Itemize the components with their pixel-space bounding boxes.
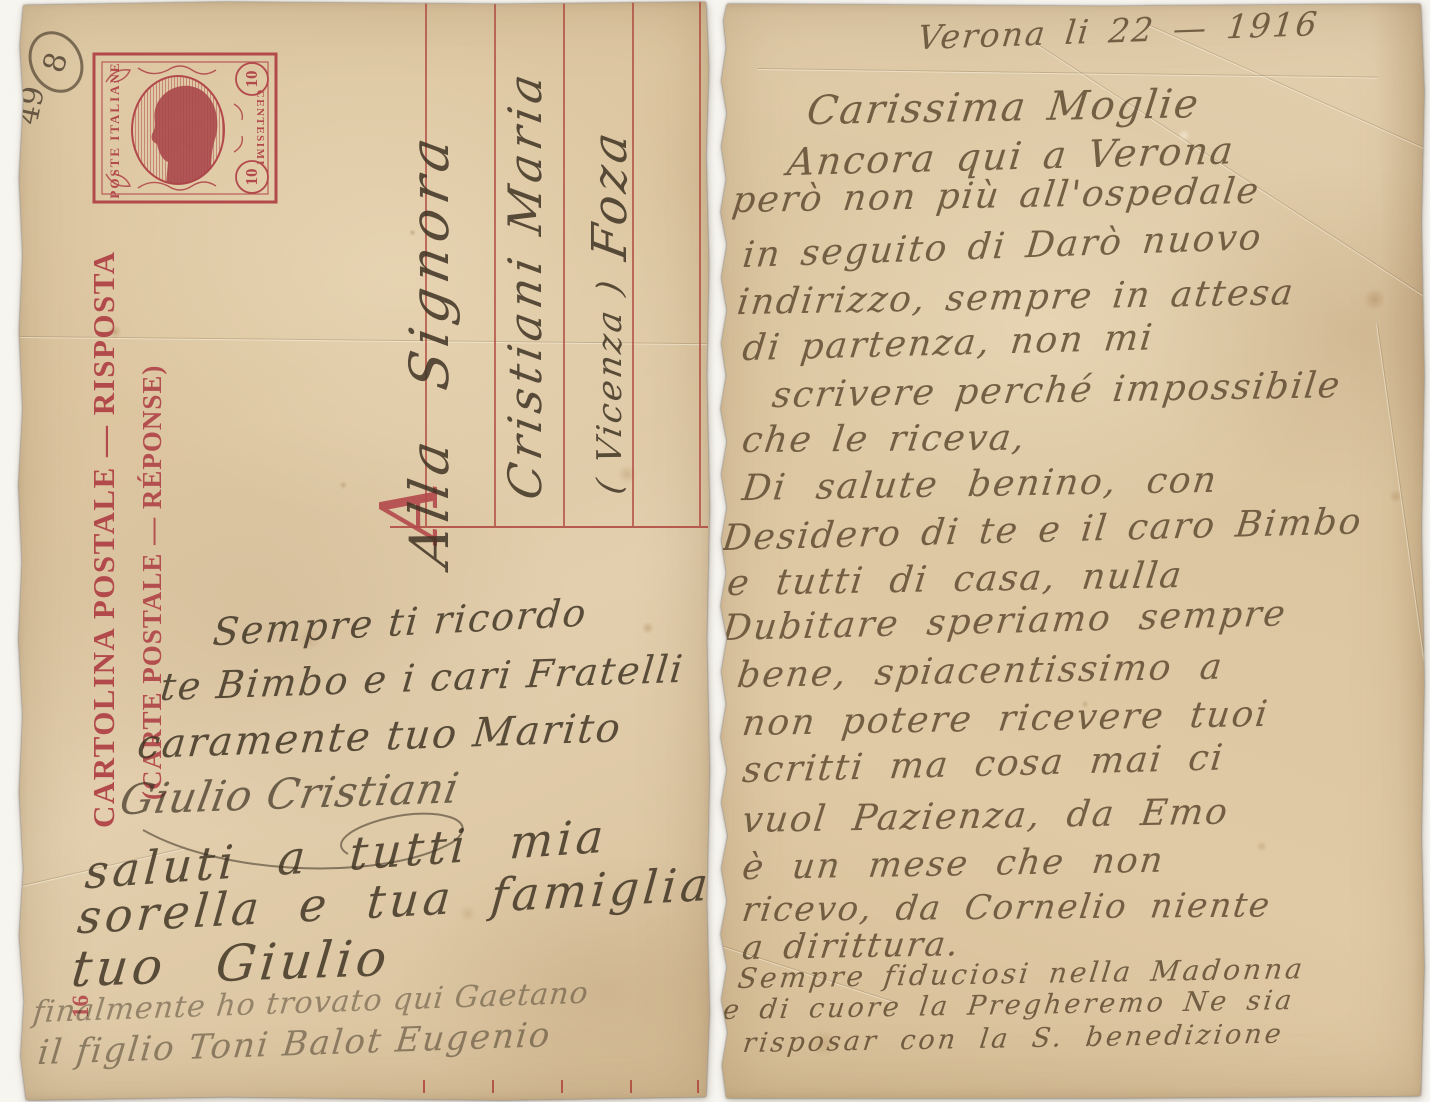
- rule-tick: [630, 1080, 632, 1093]
- address-rule-line: [494, 2, 496, 526]
- handwritten-line: indirizzo, sempre in attesa: [735, 272, 1297, 323]
- address-rule-line: [563, 2, 565, 526]
- postage-stamp: POSTE ITALIANE CENTESIMI 10 10: [92, 52, 278, 204]
- crease-line: [758, 68, 1378, 79]
- address-locality: Foza: [582, 125, 638, 264]
- address-rule-line: [632, 2, 634, 526]
- handwritten-line: di partenza, non mi: [740, 317, 1156, 369]
- right-postcard-paper: Verona li 22 — 1916 Carissima Moglie Anc…: [718, 4, 1424, 1098]
- handwritten-line: scritti ma cosa mai ci: [740, 737, 1226, 791]
- message-line: te Bimbo e i cari Fratelli: [158, 647, 686, 709]
- handwritten-line: è un mese che non: [740, 841, 1167, 888]
- handwritten-line: che le riceva,: [740, 418, 1029, 462]
- left-postcard-paper: 8 49: [18, 2, 710, 1100]
- handwritten-line: in seguito di Darò nuovo: [741, 217, 1265, 276]
- handwritten-line: risposar con la S. benedizione: [741, 1019, 1286, 1060]
- right-postcard: Verona li 22 — 1916 Carissima Moglie Anc…: [718, 4, 1424, 1098]
- handwritten-line: Carissima Moglie: [804, 81, 1202, 134]
- card-title-italian: CARTOLINA POSTALE — RISPOSTA: [86, 250, 122, 828]
- date-line: Verona li 22 — 1916: [916, 4, 1321, 57]
- message-line: caramente tuo Marito: [135, 705, 624, 768]
- handwritten-line: non potere ricevere tuoi: [740, 694, 1272, 744]
- circled-number: 8: [36, 48, 75, 76]
- address-rule-line: [699, 2, 701, 526]
- crease-line: [1376, 324, 1430, 720]
- left-postcard: 8 49: [18, 2, 710, 1100]
- handwritten-line: scrivere perché impossibile: [770, 365, 1344, 416]
- scan-background: 8 49: [0, 0, 1430, 1102]
- address-line-2: Cristiani Maria: [498, 65, 552, 503]
- rule-tick: [561, 1080, 563, 1093]
- address-province: ( Vicenza ): [590, 275, 630, 497]
- rule-tick: [423, 1080, 425, 1093]
- stamp-value-medallion-top: 10: [236, 63, 268, 95]
- side-number-annotation: 49: [10, 83, 52, 128]
- rule-tick: [697, 1080, 699, 1093]
- stamp-country-text: POSTE ITALIANE: [107, 61, 122, 198]
- address-line-1: Alla Signora: [398, 127, 461, 571]
- stamp-value-bottom: 10: [242, 169, 261, 186]
- stamp-value-top: 10: [242, 71, 261, 88]
- handwritten-line: però non più all'ospedale: [730, 171, 1263, 221]
- rule-tick: [492, 1080, 494, 1093]
- message-line: Sempre ti ricordo: [211, 590, 589, 654]
- handwritten-line: bene, spiacentissimo a: [735, 647, 1226, 697]
- handwritten-line: ricevo, da Cornelio niente: [740, 885, 1274, 930]
- stamp-value-medallion-bottom: 10: [236, 161, 268, 193]
- handwritten-line: vuol Pazienza, da Emo: [740, 792, 1232, 842]
- handwritten-line: Desidero di te e il caro Bimbo: [720, 501, 1365, 559]
- handwritten-line: Di salute benino, con: [740, 460, 1220, 509]
- stamp-denomination-label: CENTESIMI: [254, 90, 266, 166]
